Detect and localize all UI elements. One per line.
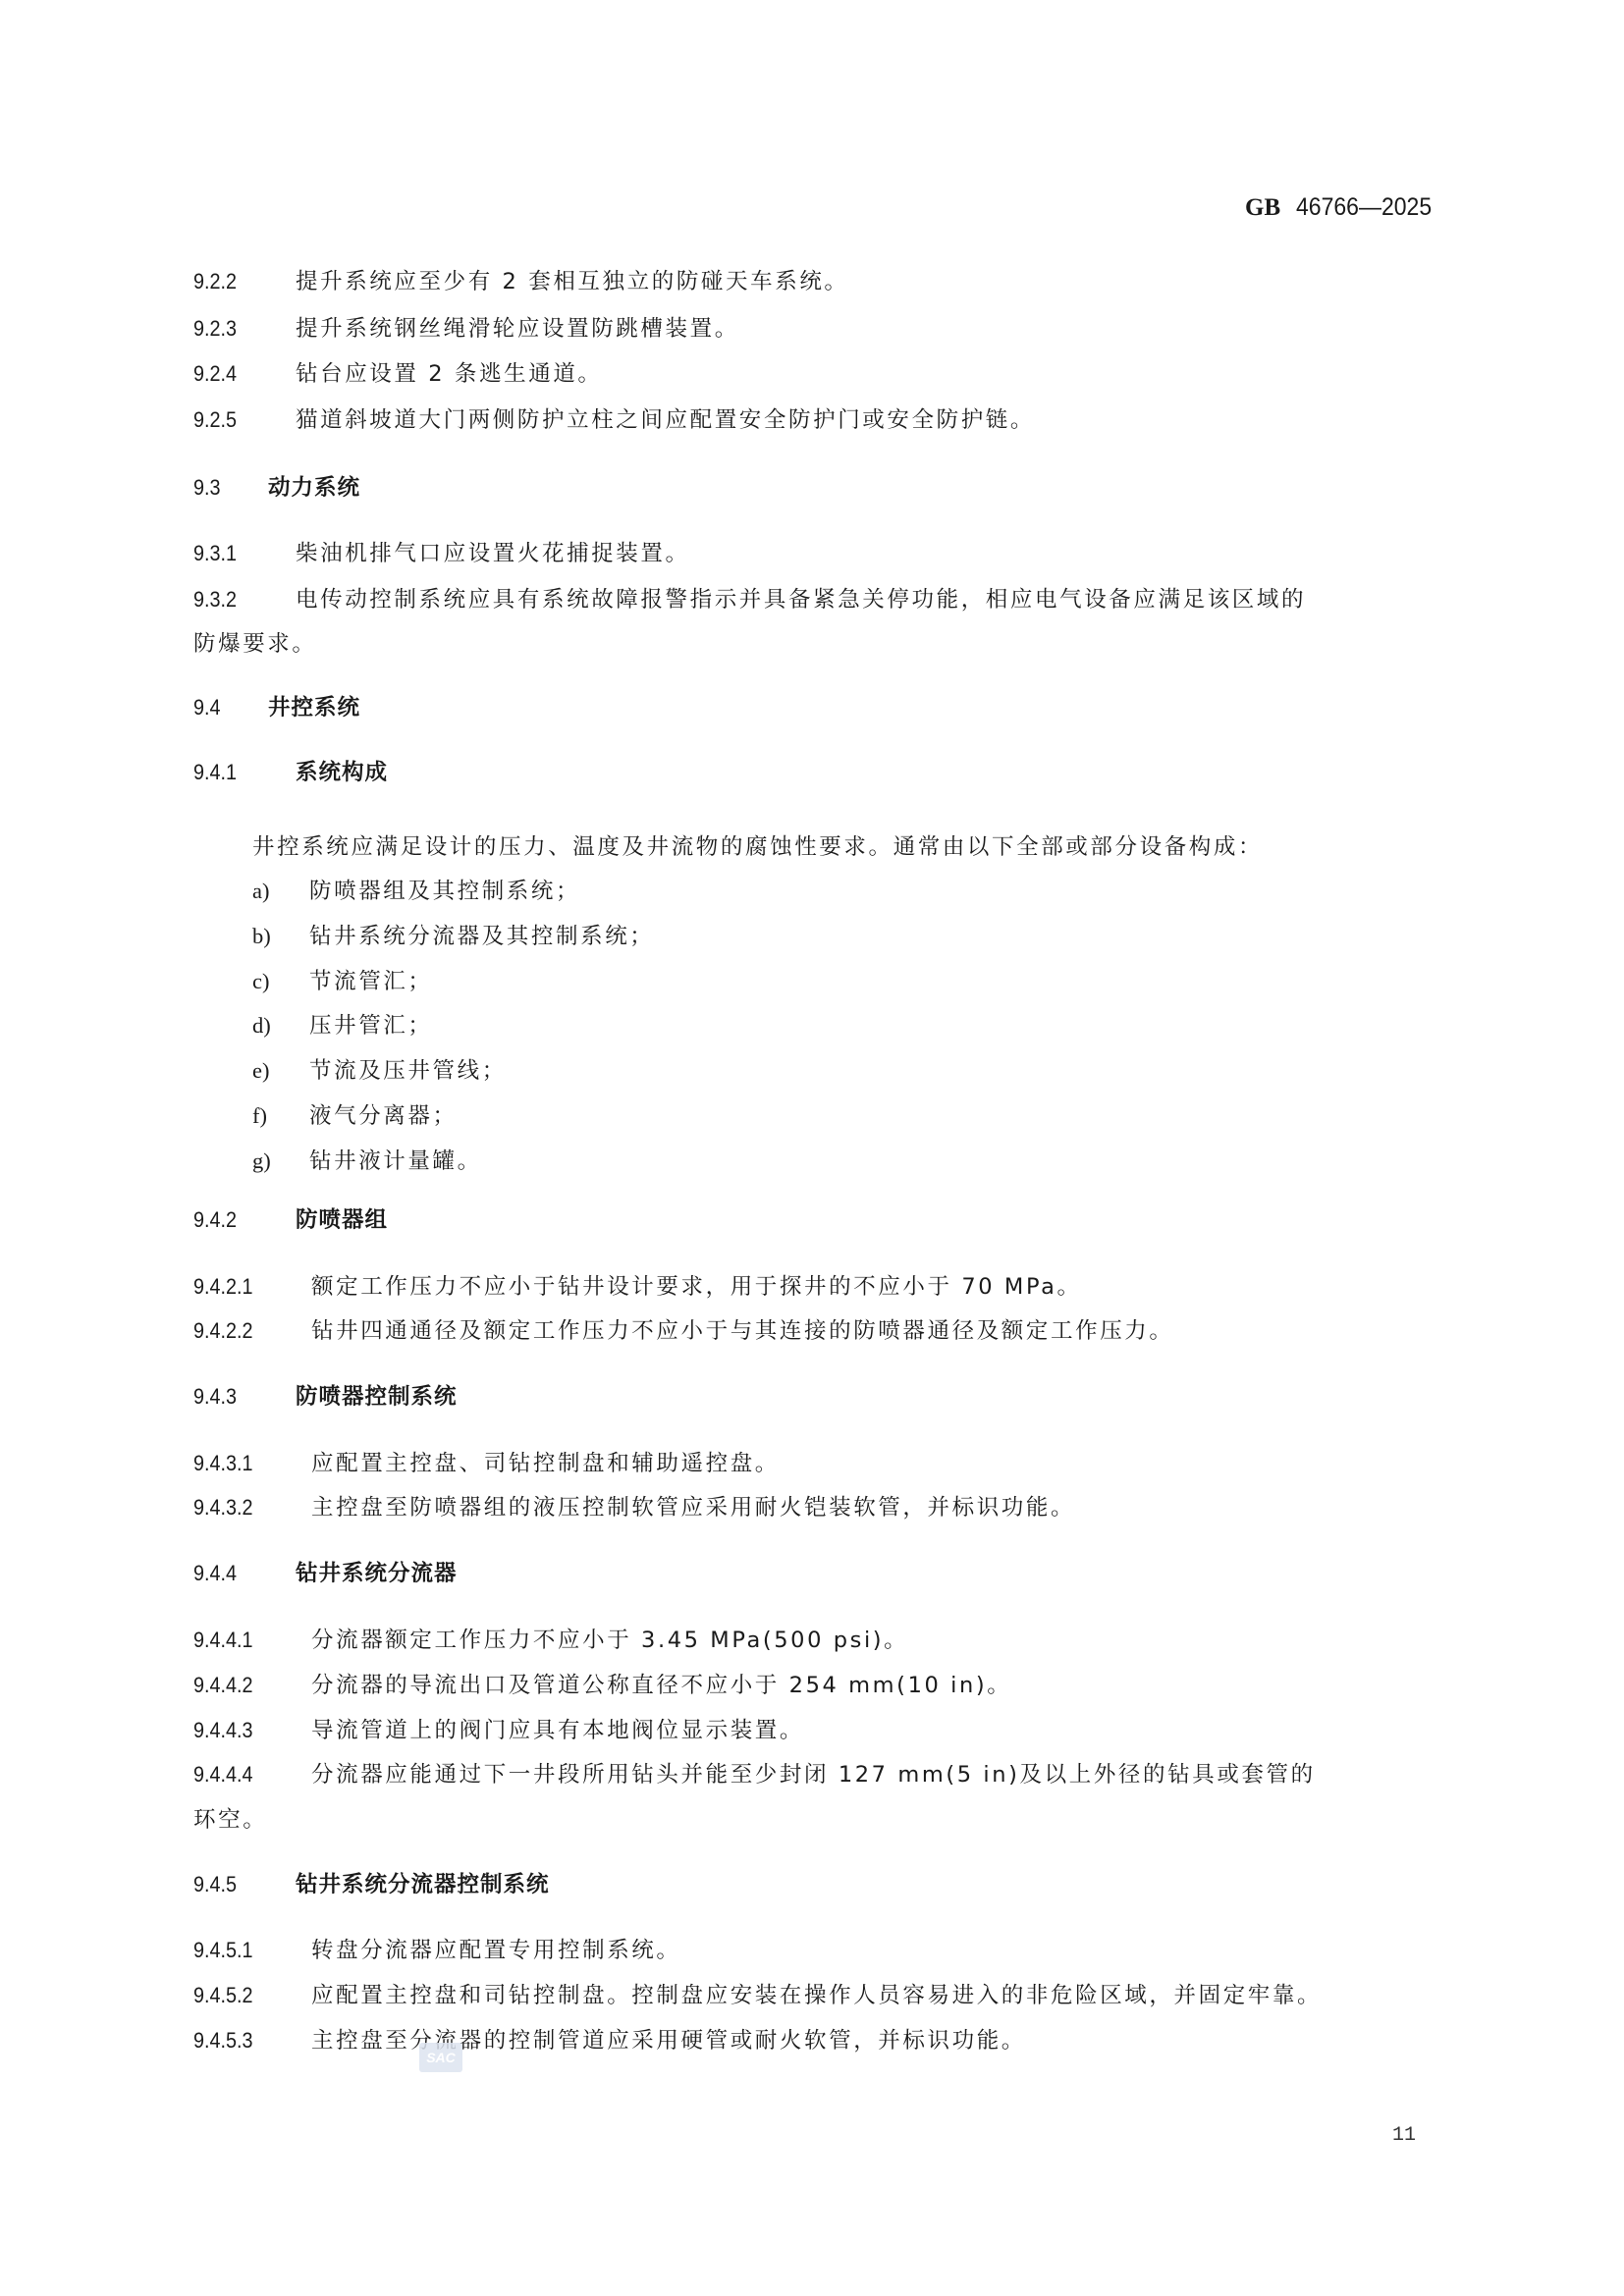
clause-9-3-2: 9.3.2电传动控制系统应具有系统故障报警指示并具备紧急关停功能，相应电气设备应… — [193, 585, 1306, 614]
section-title: 系统构成 — [296, 760, 388, 785]
clause-text: 分流器额定工作压力不应小于 3.45 MPa(500 psi)。 — [311, 1628, 908, 1653]
list-marker: d) — [252, 1011, 309, 1041]
clause-text: 应配置主控盘和司钻控制盘。控制盘应安装在操作人员容易进入的非危险区域，并固定牢靠… — [311, 1983, 1322, 2008]
section-heading-9-3: 9.3动力系统 — [193, 473, 360, 503]
list-text: 液气分离器； — [309, 1103, 458, 1129]
clause-text: 电传动控制系统应具有系统故障报警指示并具备紧急关停功能，相应电气设备应满足该区域… — [296, 587, 1306, 613]
clause-number: 9.4.4.3 — [193, 1716, 298, 1745]
list-item: f)液气分离器； — [252, 1101, 458, 1131]
list-item: a)防喷器组及其控制系统； — [252, 877, 580, 906]
paragraph-text: 井控系统应满足设计的压力、温度及井流物的腐蚀性要求。通常由以下全部或部分设备构成… — [252, 834, 1263, 860]
clause-number: 9.4.4.1 — [193, 1626, 298, 1655]
clause-9-3-2-continued: 防爆要求。 — [193, 629, 317, 659]
section-number: 9.4.5 — [193, 1870, 284, 1899]
clause-number: 9.2.4 — [193, 359, 284, 389]
clause-number: 9.4.2.2 — [193, 1316, 298, 1346]
clause-number: 9.4.2.1 — [193, 1272, 298, 1302]
paragraph-9-4-1: 井控系统应满足设计的压力、温度及井流物的腐蚀性要求。通常由以下全部或部分设备构成… — [252, 832, 1263, 862]
list-marker: g) — [252, 1147, 309, 1176]
standard-prefix: GB — [1245, 194, 1280, 221]
clause-9-4-5-2: 9.4.5.2应配置主控盘和司钻控制盘。控制盘应安装在操作人员容易进入的非危险区… — [193, 1981, 1322, 2010]
clause-text: 钻井四通通径及额定工作压力不应小于与其连接的防喷器通径及额定工作压力。 — [311, 1318, 1174, 1344]
section-heading-9-4-5: 9.4.5钻井系统分流器控制系统 — [193, 1870, 550, 1899]
clause-number: 9.2.2 — [193, 267, 284, 296]
list-text: 压井管汇； — [309, 1013, 433, 1039]
clause-text: 主控盘至防喷器组的液压控制软管应采用耐火铠装软管，并标识功能。 — [311, 1495, 1075, 1521]
clause-9-2-4: 9.2.4钻台应设置 2 条逃生通道。 — [193, 359, 603, 389]
list-text: 节流及压井管线； — [309, 1058, 507, 1084]
section-number: 9.3 — [193, 473, 259, 503]
clause-text: 额定工作压力不应小于钻井设计要求，用于探井的不应小于 70 MPa。 — [311, 1274, 1082, 1300]
list-item: c)节流管汇； — [252, 967, 433, 996]
clause-number: 9.3.1 — [193, 539, 284, 568]
page-number: 11 — [1392, 2124, 1416, 2147]
section-number: 9.4.1 — [193, 758, 284, 787]
clause-text: 环空。 — [193, 1807, 267, 1833]
clause-9-2-5: 9.2.5猫道斜坡道大门两侧防护立柱之间应配置安全防护门或安全防护链。 — [193, 405, 1035, 435]
clause-9-4-4-2: 9.4.4.2分流器的导流出口及管道公称直径不应小于 254 mm(10 in)… — [193, 1671, 1011, 1700]
clause-text: 分流器的导流出口及管道公称直径不应小于 254 mm(10 in)。 — [311, 1673, 1011, 1698]
clause-9-4-3-2: 9.4.3.2主控盘至防喷器组的液压控制软管应采用耐火铠装软管，并标识功能。 — [193, 1493, 1075, 1522]
section-heading-9-4-4: 9.4.4钻井系统分流器 — [193, 1559, 458, 1588]
section-heading-9-4-2: 9.4.2防喷器组 — [193, 1205, 388, 1235]
clause-number: 9.4.5.3 — [193, 2026, 298, 2056]
section-number: 9.4 — [193, 693, 259, 722]
clause-number: 9.2.3 — [193, 314, 284, 344]
clause-9-4-4-4: 9.4.4.4分流器应能通过下一井段所用钻头并能至少封闭 127 mm(5 in… — [193, 1760, 1316, 1789]
list-text: 钻井系统分流器及其控制系统； — [309, 924, 654, 949]
list-marker: e) — [252, 1056, 309, 1086]
section-heading-9-4-3: 9.4.3防喷器控制系统 — [193, 1382, 458, 1412]
clause-text: 转盘分流器应配置专用控制系统。 — [311, 1938, 681, 1963]
section-title: 防喷器控制系统 — [296, 1384, 458, 1410]
list-item: g)钻井液计量罐。 — [252, 1147, 482, 1176]
section-title: 动力系统 — [268, 475, 360, 501]
list-text: 防喷器组及其控制系统； — [309, 879, 580, 904]
clause-text: 分流器应能通过下一井段所用钻头并能至少封闭 127 mm(5 in)及以上外径的… — [311, 1762, 1316, 1788]
clause-text: 提升系统钢丝绳滑轮应设置防跳槽装置。 — [296, 316, 739, 342]
clause-9-4-5-3: 9.4.5.3主控盘至分流器的控制管道应采用硬管或耐火软管，并标识功能。 — [193, 2026, 1026, 2056]
clause-text: 猫道斜坡道大门两侧防护立柱之间应配置安全防护门或安全防护链。 — [296, 407, 1035, 433]
clause-9-4-3-1: 9.4.3.1应配置主控盘、司钻控制盘和辅助遥控盘。 — [193, 1449, 780, 1478]
clause-text: 导流管道上的阀门应具有本地阀位显示装置。 — [311, 1718, 804, 1743]
clause-9-4-4-4-continued: 环空。 — [193, 1805, 267, 1835]
clause-9-2-3: 9.2.3提升系统钢丝绳滑轮应设置防跳槽装置。 — [193, 314, 739, 344]
section-title: 钻井系统分流器 — [296, 1561, 458, 1586]
clause-9-4-4-3: 9.4.4.3导流管道上的阀门应具有本地阀位显示装置。 — [193, 1716, 804, 1745]
clause-text: 柴油机排气口应设置火花捕捉装置。 — [296, 541, 690, 566]
clause-text: 提升系统应至少有 2 套相互独立的防碰天车系统。 — [296, 269, 849, 294]
section-title: 井控系统 — [268, 695, 360, 721]
section-number: 9.4.4 — [193, 1559, 284, 1588]
list-marker: a) — [252, 877, 309, 906]
standard-number: GB 46766—2025 — [1245, 192, 1443, 223]
section-title: 钻井系统分流器控制系统 — [296, 1872, 550, 1897]
list-marker: f) — [252, 1101, 309, 1131]
clause-number: 9.4.4.2 — [193, 1671, 298, 1700]
clause-number: 9.3.2 — [193, 585, 284, 614]
clause-number: 9.4.5.1 — [193, 1936, 298, 1965]
section-number: 9.4.2 — [193, 1205, 284, 1235]
section-title: 防喷器组 — [296, 1207, 388, 1233]
clause-9-4-2-2: 9.4.2.2钻井四通通径及额定工作压力不应小于与其连接的防喷器通径及额定工作压… — [193, 1316, 1174, 1346]
section-number: 9.4.3 — [193, 1382, 284, 1412]
document-page: GB 46766—2025 9.2.2提升系统应至少有 2 套相互独立的防碰天车… — [0, 0, 1624, 2296]
standard-code: 46766—2025 — [1296, 192, 1432, 222]
clause-number: 9.4.4.4 — [193, 1760, 298, 1789]
section-heading-9-4-1: 9.4.1系统构成 — [193, 758, 388, 787]
list-item: d)压井管汇； — [252, 1011, 433, 1041]
sac-watermark-logo: SAC — [419, 2043, 462, 2072]
list-item: e)节流及压井管线； — [252, 1056, 507, 1086]
clause-9-4-4-1: 9.4.4.1分流器额定工作压力不应小于 3.45 MPa(500 psi)。 — [193, 1626, 908, 1655]
list-marker: b) — [252, 922, 309, 951]
clause-text: 应配置主控盘、司钻控制盘和辅助遥控盘。 — [311, 1451, 780, 1476]
clause-number: 9.4.3.1 — [193, 1449, 298, 1478]
clause-number: 9.4.3.2 — [193, 1493, 298, 1522]
section-heading-9-4: 9.4井控系统 — [193, 693, 360, 722]
clause-9-4-5-1: 9.4.5.1转盘分流器应配置专用控制系统。 — [193, 1936, 681, 1965]
list-text: 钻井液计量罐。 — [309, 1148, 482, 1174]
clause-text: 防爆要求。 — [193, 631, 317, 657]
clause-text: 钻台应设置 2 条逃生通道。 — [296, 361, 603, 387]
clause-number: 9.4.5.2 — [193, 1981, 298, 2010]
clause-number: 9.2.5 — [193, 405, 284, 435]
list-item: b)钻井系统分流器及其控制系统； — [252, 922, 654, 951]
clause-9-4-2-1: 9.4.2.1额定工作压力不应小于钻井设计要求，用于探井的不应小于 70 MPa… — [193, 1272, 1082, 1302]
clause-9-3-1: 9.3.1柴油机排气口应设置火花捕捉装置。 — [193, 539, 690, 568]
list-text: 节流管汇； — [309, 969, 433, 994]
clause-9-2-2: 9.2.2提升系统应至少有 2 套相互独立的防碰天车系统。 — [193, 267, 849, 296]
list-marker: c) — [252, 967, 309, 996]
